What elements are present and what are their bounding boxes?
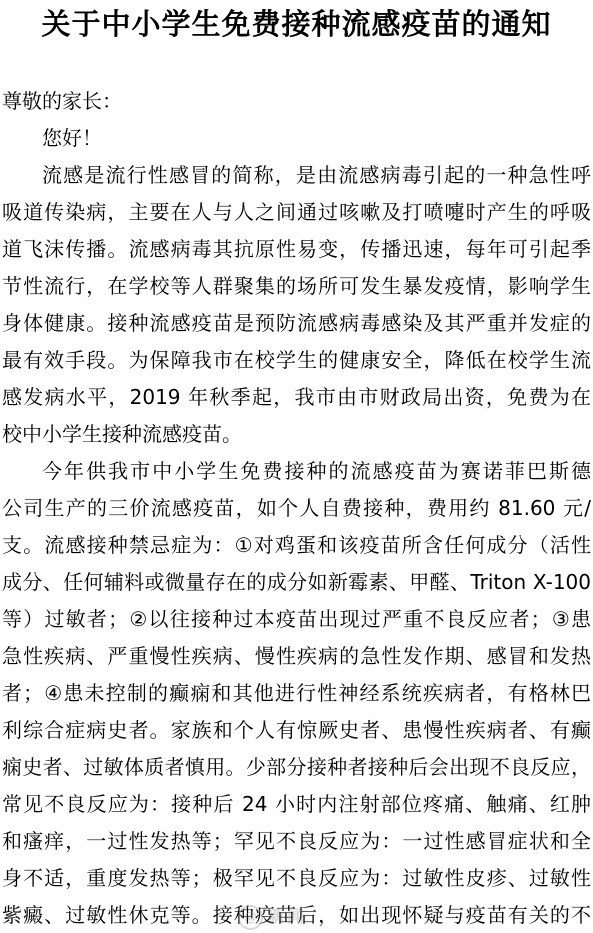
- paragraph-line: 急性疾病、严重慢性疾病、慢性疾病的急性发作期、感冒和发热: [2, 638, 591, 675]
- paragraph-line: 最有效手段。为保障我市在校学生的健康安全，降低在校学生流: [2, 342, 591, 379]
- paragraph-line: 身体健康。接种流感疫苗是预防流感病毒感染及其严重并发症的: [2, 305, 591, 342]
- paragraph-line: 者；④患未控制的癫痫和其他进行性神经系统疾病者，有格林巴: [2, 675, 591, 712]
- paragraph-line: 支。流感接种禁忌症为：①对鸡蛋和该疫苗所含任何成分（活性: [2, 527, 591, 564]
- paragraph-line: 身不适，重度发热等；极罕见不良反应为：过敏性皮疹、过敏性: [2, 860, 591, 897]
- notice-document: 关于中小学生免费接种流感疫苗的通知 尊敬的家长： 您好！ 流感是流行性感冒的简称…: [0, 4, 593, 933]
- salutation-line: 尊敬的家长：: [2, 83, 591, 120]
- paragraph-line: 节性流行，在学校等人群聚集的场所可发生暴发疫情，影响学生: [2, 268, 591, 305]
- paragraph-line: 紫癜、过敏性休克等。接种疫苗后，如出现怀疑与疫苗有关的不: [2, 897, 591, 933]
- paragraph-line: 今年供我市中小学生免费接种的流感疫苗为赛诺菲巴斯德: [2, 453, 591, 490]
- greeting-line: 您好！: [2, 120, 591, 157]
- paragraph-line: 公司生产的三价流感疫苗，如个人自费接种，费用约 81.60 元/: [2, 490, 591, 527]
- paragraph-line: 校中小学生接种流感疫苗。: [2, 416, 591, 453]
- paragraphs-container: 流感是流行性感冒的简称，是由流感病毒引起的一种急性呼吸道传染病，主要在人与人之间…: [2, 157, 591, 933]
- paragraph-line: 吸道传染病，主要在人与人之间通过咳嗽及打喷嚏时产生的呼吸: [2, 194, 591, 231]
- paragraph-line: 感发病水平，2019 年秋季起，我市由市财政局出资，免费为在: [2, 379, 591, 416]
- paragraph-line: 道飞沫传播。流感病毒其抗原性易变，传播迅速，每年可引起季: [2, 231, 591, 268]
- paragraph-line: 和瘙痒，一过性发热等；罕见不良反应为：一过性感冒症状和全: [2, 823, 591, 860]
- paragraph-line: 等）过敏者；②以往接种过本疫苗出现过严重不良反应者；③患: [2, 601, 591, 638]
- paragraph-line: 常见不良反应为：接种后 24 小时内注射部位疼痛、触痛、红肿: [2, 786, 591, 823]
- page-title: 关于中小学生免费接种流感疫苗的通知: [0, 4, 593, 44]
- paragraph-line: 成分、任何辅料或微量存在的成分如新霉素、甲醛、Triton X-100: [2, 564, 591, 601]
- paragraph-line: 流感是流行性感冒的简称，是由流感病毒引起的一种急性呼: [2, 157, 591, 194]
- paragraph-line: 痫史者、过敏体质者慎用。少部分接种者接种后会出现不良反应，: [2, 749, 591, 786]
- paragraph-line: 利综合症病史者。家族和个人有惊厥史者、患慢性疾病者、有癫: [2, 712, 591, 749]
- notice-body: 尊敬的家长： 您好！ 流感是流行性感冒的简称，是由流感病毒引起的一种急性呼吸道传…: [0, 83, 593, 933]
